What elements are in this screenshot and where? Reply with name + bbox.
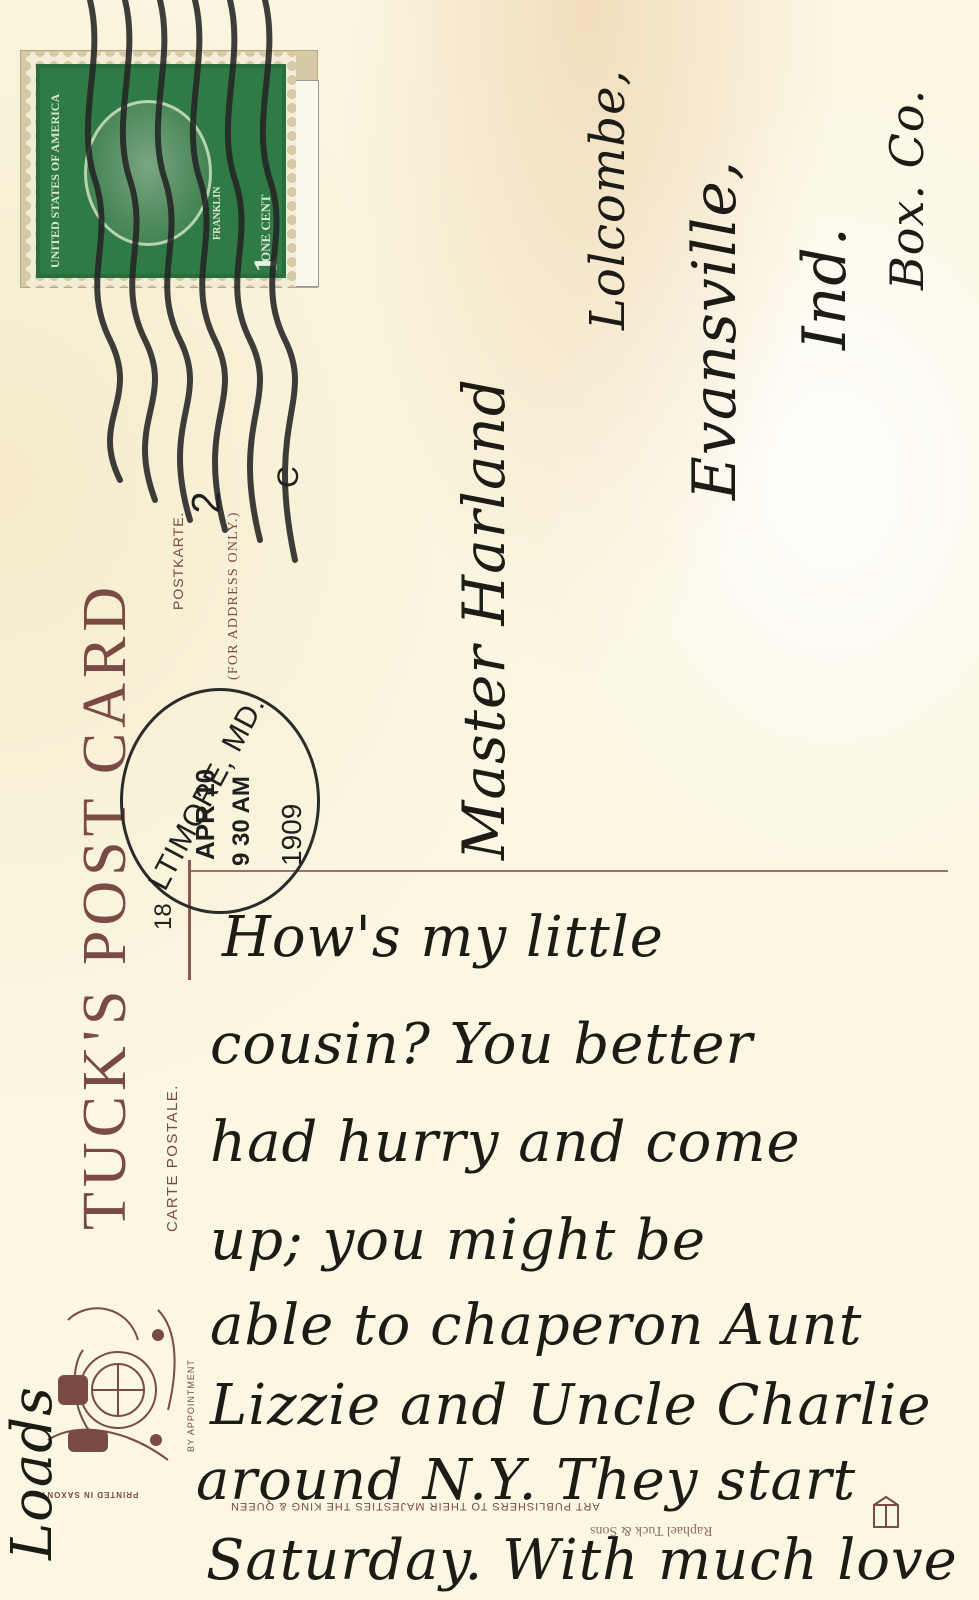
margin-note: Loads (0, 1386, 65, 1560)
message-line-6: Lizzie and Uncle Charlie (210, 1373, 932, 1438)
address-line-3: Evansville, (680, 160, 750, 500)
address-line-5: Box. Co. (880, 89, 934, 290)
message-line-5: able to chaperon Aunt (210, 1293, 862, 1358)
message-line-8: Saturday. With much love (206, 1528, 958, 1593)
message-line-4: up; you might be (210, 1208, 706, 1273)
publisher-title: TUCK'S POST CARD (70, 582, 141, 1230)
postmark-station: 18 (150, 903, 178, 930)
cancel-code: 2 (185, 491, 230, 513)
postmark-time: 9 30 AM (228, 776, 256, 866)
address-line-4: Ind. (790, 226, 860, 350)
postcard-back: TUCK'S POST CARD CARTE POSTALE. POSTKART… (0, 0, 979, 1600)
postmark-year: 1909 (276, 804, 308, 866)
message-line-2: cousin? You better (210, 1012, 753, 1077)
message-line-7: around N.Y. They start (196, 1448, 856, 1513)
cancel-letter: C (272, 466, 306, 488)
divider-horizontal (188, 870, 948, 872)
message-line-1: How's my little (222, 905, 664, 970)
address-line-1: Master Harland (450, 378, 518, 860)
stamp-country: UNITED STATES OF AMERICA (48, 94, 63, 268)
message-line-3: had hurry and come (210, 1110, 801, 1175)
carte-postale-label: CARTE POSTALE. (164, 1084, 181, 1232)
appointment-caption: BY APPOINTMENT (186, 1359, 196, 1452)
address-line-2: Lolcombe, (580, 69, 636, 330)
postmark-date: APR 10 (190, 769, 221, 860)
